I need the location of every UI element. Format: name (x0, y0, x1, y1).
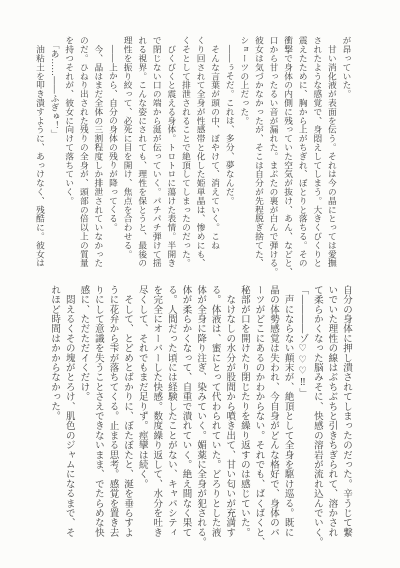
text-line: 今、晶はまだ全体の三割程度しか排泄されていなかった (90, 36, 105, 276)
text-line: 自分の身体に押し潰されてしまったのだった。辛うじて繋 (338, 285, 353, 549)
text-line: る。人間だった頃には経験したことがない、キャパシティ (163, 285, 178, 549)
text-line: る。体液は、蜜にとって代わられていた。どろりとした液 (207, 285, 222, 549)
text-line: 甘い消化液が表面を伝う。それは今の晶にとっては愛撫 (324, 36, 339, 276)
text-line: そんな言葉が頭の中、ぼやけて、消えていく。こね (207, 36, 222, 276)
text-line: 体が柔らかくなって、自重で潰れていく。絶え間なく果て (178, 285, 193, 549)
novel-page-scan: が昂っていた。 甘い消化液が表面を伝う。それは今の晶にとっては愛撫されたような感… (0, 0, 400, 568)
text-line: ――ぅそだ。これは、多分、夢なんだ。 (222, 36, 237, 276)
text-line: 秘部が口を開けたり閉じたりを繰り返すのは感じていた。 (236, 285, 251, 549)
text-line: れほど時間はかからなかった。 (47, 285, 62, 549)
text-line: 「――――ゾ♡♡♡‼」 (295, 285, 310, 549)
text-line: 晶の体勢感覚は失われ、今自身がどんな格好で、身体のパ (265, 285, 280, 549)
text-line: が昂っていた。 (338, 36, 353, 276)
text-line: 体が全身に降り注ぎ、染みていく。媚薬に全身が犯される。 (192, 285, 207, 549)
text-line: 感に、ただただイくだけ。 (76, 285, 91, 549)
text-line: 衝撃で身体の内側に残っていた空気が抜け、あん、などと、 (280, 36, 295, 276)
text-line: 尽くして、それでもまだ足りず。痙攣は続く。 (134, 285, 149, 549)
text-band-upper: が昂っていた。 甘い消化液が表面を伝う。それは今の晶にとっては愛撫されたような感… (32, 36, 353, 276)
text-line: のだ。ひねり出された残りの全身が、頭部の倍以上の質量 (76, 36, 91, 276)
text-line: で閉じない口の端から涎が伝っていく。パチパチ弾けて揺 (149, 36, 164, 276)
text-line: なけなしの水分が股間から噴き出て、甘い匂いが充満す (222, 285, 237, 549)
text-line: 震えたために、胸から上がちぎれ、ぼとりと落ちる。その (295, 36, 310, 276)
text-line: くり回されて全身が性感帯と化した姫単晶は、惨めにも、 (192, 36, 207, 276)
text-line: を持つそれが、彼女に向けて落ちていく。 (61, 36, 76, 276)
text-line: れる視界。こんな姿にされても、理性を保とうと、最後の (134, 36, 149, 276)
text-line: 「あ……――ふぎゅ！」 (47, 36, 62, 276)
text-line: て柔らかくなった脳みそに、快感の溶岩が流れ込んでいく。 (309, 285, 324, 549)
text-line: 口から甘ったるい音が漏れた。まぶたの裏が白んで弾ける。 (265, 36, 280, 276)
text-line: くそとして排泄されることで絶頂してしまったのだった。 (178, 36, 193, 276)
text-line: そして、とどめとばかりに、ぼたぼたと、涎を垂らすよ (120, 285, 135, 549)
text-line: いでいた理性の線はぶちぶちと引きちぎられて、溶かされ (324, 285, 339, 549)
text-line: りにして意識を失うことさえできないまま、でたらめな快 (90, 285, 105, 549)
text-band-lower: 自分の身体に押し潰されてしまったのだった。辛うじて繋いでいた理性の線はぶちぶちと… (47, 285, 353, 549)
text-line: 理性を振り絞って、必死に目を開け、焦点を合わせる。 (120, 36, 135, 276)
text-line: 悶えるくその塊がとろけ、肌色のジャムになるまで、そ (61, 285, 76, 549)
text-line: 油粘土を叩き潰すように、あっけなく、残酷に。彼女は (32, 36, 47, 276)
text-line: ショーツの上だった。 (236, 36, 251, 276)
text-line: 彼女は気づかなかったが、そこは自分が先程脱ぎ捨てた、 (251, 36, 266, 276)
text-line: うに花弁から雫が落ちてくる。止まる思考。感覚を置き去 (105, 285, 120, 549)
text-line: ーツがどこにあるのかわからない。それでも、ばくばくと、 (251, 285, 266, 549)
text-line: びくびくと震える身体。トロトロに蕩けた表情。半開き (163, 36, 178, 276)
text-line: を完全にオーバーした快感。数度繰り返して、水分を吐き (149, 285, 164, 549)
text-line: されたような感覚で、身悶えしてしまう。大きくびくりと (309, 36, 324, 276)
text-line: 声にならない顛末が、絶頂として全身を駆け巡る。既に (280, 285, 295, 549)
text-line: ――上から、自分の身体の残りが降ってくる。 (105, 36, 120, 276)
